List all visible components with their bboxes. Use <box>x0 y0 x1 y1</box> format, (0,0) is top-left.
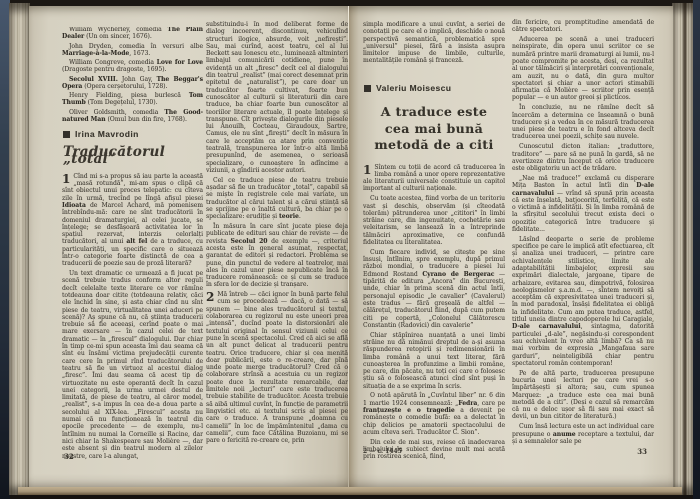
article-title: A traduce este cea mai bună metodă de a … <box>367 104 501 154</box>
page-edges-bottom <box>18 487 682 495</box>
paragraph: substituindu-i în mod deliberat forme de… <box>206 21 348 174</box>
paragraph: Lăsînd deoparte o serie de probleme spec… <box>512 236 654 367</box>
paragraph: Aducerea pe scenă a unei traduceri neins… <box>512 36 654 102</box>
drop-cap: 2 <box>206 291 217 303</box>
author-heading: Irina Mavrodin <box>63 131 203 138</box>
left-page-column-1: William Wycherley, comedia The Plain Dea… <box>62 27 203 476</box>
left-page-column-2: substituindu-i în mod deliberat forme de… <box>206 21 348 474</box>
paragraph: În măsura în care sînt jucate piese deja… <box>206 223 348 289</box>
bibliography-entry: Henry Fielding, piesa burlescă Tom Thumb… <box>62 93 203 107</box>
paragraph-text: Mă întreb — căci ignor în bună parte fel… <box>206 291 348 444</box>
paragraph: Cunoscutul dicton italian: „traduttore, … <box>512 143 654 172</box>
page-edges-right <box>672 3 694 495</box>
paragraph: 1 Cînd mi s-a propus să iau parte la ace… <box>62 173 203 268</box>
author-name: Irina Mavrodin <box>75 131 139 138</box>
drop-cap: 1 <box>363 164 374 176</box>
right-page: simpla modificare a unui cuvînt, a serie… <box>349 6 673 487</box>
bibliography-entry: William Congreve, comedia Love for Love … <box>62 60 203 74</box>
paragraph-text: Cînd mi s-a propus să iau parte la aceas… <box>62 173 203 268</box>
paragraph: Chiar stăpînirea nuanțată a unei limbi s… <box>363 332 505 390</box>
paragraph: simpla modificare a unui cuvînt, a serie… <box>363 21 505 65</box>
paragraph: Cum fiecare individ, se citește pe sine … <box>363 249 505 329</box>
paragraph: Un text dramatic ce urmează a fi jucat p… <box>62 270 203 460</box>
bibliography-entry: William Wycherley, comedia The Plain Dea… <box>62 27 203 41</box>
page-edges-left <box>9 3 30 495</box>
article-title: Traducătorul „total” <box>63 149 203 164</box>
paragraph: Cel ce traduce piese de teatru trebuie a… <box>206 177 348 221</box>
right-page-column-1: simpla modificare a unui cuvînt, a serie… <box>363 21 505 473</box>
paragraph: Cum însă lectura este un act individual … <box>512 423 654 445</box>
paragraph: O notă apărută în „Cuvîntul liber” nr. 6… <box>363 392 505 436</box>
author-heading: Valeriu Moisescu <box>364 85 505 92</box>
author-name: Valeriu Moisescu <box>376 85 451 92</box>
paragraph: 2 Mă întreb — căci ignor în bună parte f… <box>206 291 348 444</box>
square-bullet-icon <box>63 131 70 138</box>
book-spread-photo: William Wycherley, comedia The Plain Dea… <box>0 0 700 499</box>
paragraph: În concluzie, nu ne rămîne decît să înce… <box>512 104 654 140</box>
bibliography-entry: Secolul XVIII. John Gay, The Beggar's Op… <box>62 77 203 91</box>
drop-cap: 1 <box>62 173 73 185</box>
paragraph: 1 Sîntem cu toții de acord că traducerea… <box>363 164 505 193</box>
paragraph: Cu toate acestea, fiind vorba de un teri… <box>363 195 505 246</box>
left-page: William Wycherley, comedia The Plain Dea… <box>29 6 349 487</box>
paragraph-text: Sîntem cu toții de acord că traducerea î… <box>363 164 505 193</box>
book-cover-edge-right <box>693 0 700 499</box>
paragraph: „Nae mă traduce!” exclamă cu disperare M… <box>512 175 654 233</box>
paragraph: din fericire, cu promptitudine amendată … <box>512 19 654 34</box>
page-number-left: 32 <box>64 452 74 461</box>
bibliography-entry: Oliver Goldsmith, comedia The Good-natur… <box>62 110 203 124</box>
page-number-right: 33 <box>621 447 647 456</box>
paragraph: Pe de altă parte, traducerea presupune b… <box>512 370 654 421</box>
square-bullet-icon <box>364 85 371 92</box>
right-page-column-2: din fericire, cu promptitudine amendată … <box>512 19 654 469</box>
bibliography-entry: John Dryden, comedia în versuri albe Mar… <box>62 44 203 58</box>
printer-signature: 2 — c. 1445 <box>363 448 402 455</box>
